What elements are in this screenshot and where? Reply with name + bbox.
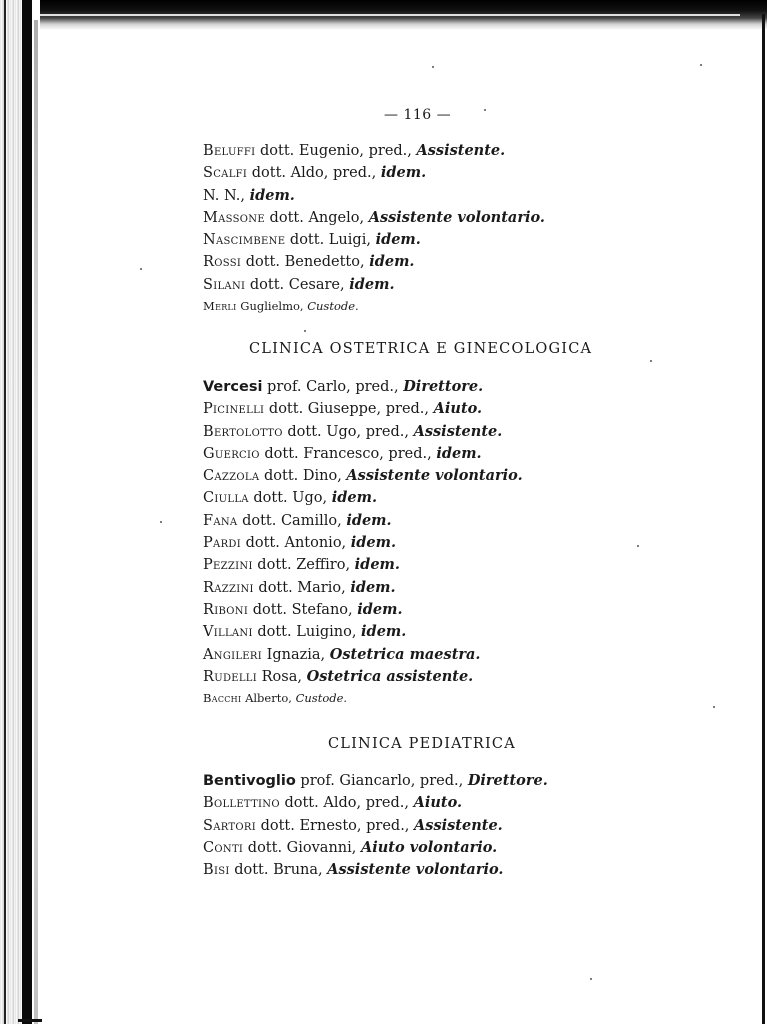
surname: Vercesi	[203, 379, 262, 395]
details: Alberto,	[241, 691, 295, 705]
list-item: Conti dott. Giovanni, Aiuto volontario.	[203, 837, 548, 859]
list-item: Bentivoglio prof. Giancarlo, pred., Dire…	[203, 770, 548, 792]
role: Assistente volontario.	[327, 861, 503, 878]
role: Assistente volontario.	[369, 209, 545, 226]
role: Assistente.	[414, 817, 503, 834]
surname: Bertolotto	[203, 424, 283, 440]
section-title-pediatrica: CLINICA PEDIATRICA	[328, 736, 516, 752]
list-item: Fana dott. Camillo, idem.	[203, 510, 523, 532]
details: dott. Ernesto, pred.,	[256, 818, 414, 834]
role: idem.	[250, 187, 295, 204]
list-item: Riboni dott. Stefano, idem.	[203, 599, 523, 621]
details: dott. Camillo,	[237, 513, 346, 529]
section-title-ostetrica: CLINICA OSTETRICA E GINECOLOGICA	[249, 341, 592, 357]
surname: Cazzola	[203, 468, 259, 484]
surname: Bacchi	[203, 691, 241, 705]
role: Ostetrica assistente.	[307, 668, 474, 685]
surname: Scalfi	[203, 165, 247, 181]
surname: Bollettino	[203, 795, 280, 811]
list-item: Bisi dott. Bruna, Assistente volontario.	[203, 859, 548, 881]
role: idem.	[436, 445, 481, 462]
surname: Pezzini	[203, 557, 253, 573]
list-item: Guercio dott. Francesco, pred., idem.	[203, 443, 523, 465]
document-page: — 116 — Beluffi dott. Eugenio, pred., As…	[0, 0, 767, 1024]
surname: Guercio	[203, 446, 260, 462]
details: dott. Antonio,	[241, 535, 351, 551]
staff-list-pediatrica: Bentivoglio prof. Giancarlo, pred., Dire…	[203, 770, 548, 881]
details: dott. Francesco, pred.,	[260, 446, 437, 462]
surname: Bisi	[203, 862, 230, 878]
role: idem.	[346, 512, 391, 529]
role: Aiuto.	[434, 400, 482, 417]
surname: Conti	[203, 840, 243, 856]
surname: Fana	[203, 513, 237, 529]
details: dott. Giovanni,	[243, 840, 361, 856]
list-item: Razzini dott. Mario, idem.	[203, 577, 523, 599]
details: dott. Stefano,	[248, 602, 357, 618]
role: idem.	[369, 253, 414, 270]
details: dott. Benedetto,	[241, 254, 369, 270]
list-item: Cazzola dott. Dino, Assistente volontari…	[203, 465, 523, 487]
surname: Angileri	[203, 647, 262, 663]
list-item: Massone dott. Angelo, Assistente volonta…	[203, 207, 545, 229]
role: Custode.	[296, 691, 347, 705]
surname: Rossi	[203, 254, 241, 270]
details: prof. Giancarlo, pred.,	[296, 773, 468, 789]
role: idem.	[349, 276, 394, 293]
role: Assistente.	[417, 142, 506, 159]
staff-list-continued: Beluffi dott. Eugenio, pred., Assistente…	[203, 140, 545, 316]
details: dott. Mario,	[254, 580, 351, 596]
role: idem.	[376, 231, 421, 248]
surname: Nascimbene	[203, 232, 285, 248]
details: prof. Carlo, pred.,	[262, 379, 403, 395]
role: idem.	[361, 623, 406, 640]
list-item: Nascimbene dott. Luigi, idem.	[203, 229, 545, 251]
list-item: N. N., idem.	[203, 185, 545, 207]
role: Direttore.	[468, 772, 548, 789]
surname: Ciulla	[203, 490, 249, 506]
list-item: Pardi dott. Antonio, idem.	[203, 532, 523, 554]
list-item: Merli Guglielmo, Custode.	[203, 296, 545, 316]
list-item: Silani dott. Cesare, idem.	[203, 274, 545, 296]
list-item: Angileri Ignazia, Ostetrica maestra.	[203, 644, 523, 666]
role: Assistente volontario.	[346, 467, 522, 484]
role: Aiuto.	[414, 794, 462, 811]
surname: Riboni	[203, 602, 248, 618]
details: dott. Ugo, pred.,	[283, 424, 414, 440]
surname: Bentivoglio	[203, 773, 296, 789]
list-item: Rudelli Rosa, Ostetrica assistente.	[203, 666, 523, 688]
list-item: Picinelli dott. Giuseppe, pred., Aiuto.	[203, 398, 523, 420]
details: dott. Luigi,	[285, 232, 375, 248]
surname: Beluffi	[203, 143, 255, 159]
surname: N. N.,	[203, 188, 245, 204]
list-item: Ciulla dott. Ugo, idem.	[203, 487, 523, 509]
details: dott. Bruna,	[230, 862, 328, 878]
surname: Sartori	[203, 818, 256, 834]
details: dott. Ugo,	[249, 490, 332, 506]
list-item: Sartori dott. Ernesto, pred., Assistente…	[203, 815, 548, 837]
details: Rosa,	[257, 669, 307, 685]
role: idem.	[357, 601, 402, 618]
list-item: Beluffi dott. Eugenio, pred., Assistente…	[203, 140, 545, 162]
role: idem.	[355, 556, 400, 573]
details: dott. Luigino,	[253, 624, 361, 640]
surname: Villani	[203, 624, 253, 640]
surname: Massone	[203, 210, 265, 226]
details: dott. Aldo, pred.,	[247, 165, 381, 181]
role: idem.	[350, 579, 395, 596]
list-item: Villani dott. Luigino, idem.	[203, 621, 523, 643]
list-item: Bertolotto dott. Ugo, pred., Assistente.	[203, 421, 523, 443]
details: dott. Dino,	[259, 468, 346, 484]
details: dott. Cesare,	[245, 277, 349, 293]
details: dott. Eugenio, pred.,	[255, 143, 416, 159]
surname: Silani	[203, 277, 245, 293]
details: Guglielmo,	[237, 299, 308, 313]
details: dott. Zeffiro,	[253, 557, 355, 573]
role: Custode.	[307, 299, 358, 313]
role: idem.	[332, 489, 377, 506]
surname: Razzini	[203, 580, 254, 596]
role: Aiuto volontario.	[361, 839, 497, 856]
list-item: Rossi dott. Benedetto, idem.	[203, 251, 545, 273]
role: Ostetrica maestra.	[330, 646, 481, 663]
list-item: Bollettino dott. Aldo, pred., Aiuto.	[203, 792, 548, 814]
details: Ignazia,	[262, 647, 330, 663]
list-item: Scalfi dott. Aldo, pred., idem.	[203, 162, 545, 184]
staff-list-ostetrica: Vercesi prof. Carlo, pred., Direttore. P…	[203, 376, 523, 708]
list-item: Bacchi Alberto, Custode.	[203, 688, 523, 708]
list-item: Pezzini dott. Zeffiro, idem.	[203, 554, 523, 576]
page-number: — 116 —	[384, 107, 451, 123]
surname: Picinelli	[203, 401, 264, 417]
role: idem.	[381, 164, 426, 181]
surname: Pardi	[203, 535, 241, 551]
surname: Rudelli	[203, 669, 257, 685]
role: idem.	[351, 534, 396, 551]
role: Direttore.	[403, 378, 483, 395]
list-item: Vercesi prof. Carlo, pred., Direttore.	[203, 376, 523, 398]
surname: Merli	[203, 299, 237, 313]
role: Assistente.	[414, 423, 503, 440]
details: dott. Angelo,	[265, 210, 369, 226]
details: dott. Aldo, pred.,	[280, 795, 414, 811]
details: dott. Giuseppe, pred.,	[264, 401, 433, 417]
